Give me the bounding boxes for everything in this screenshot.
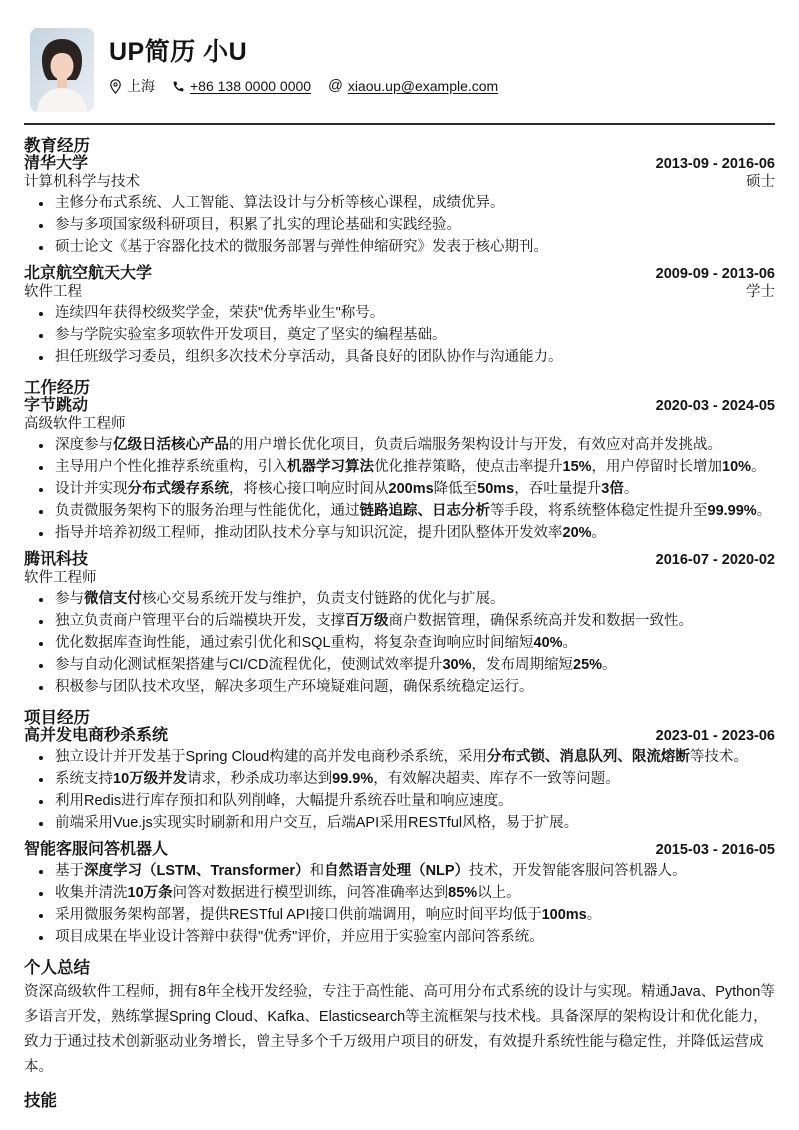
summary-paragraph: 资深高级软件工程师，拥有8年全栈开发经验，专注于高性能、高可用分布式系统的设计与… — [24, 980, 775, 1080]
bullet-item: 主导用户个性化推荐系统重构，引入机器学习算法优化推荐策略，使点击率提升15%，用… — [24, 458, 775, 477]
entry-date: 2013-09 - 2016-06 — [656, 155, 775, 173]
bullet-text-bold: 200ms — [389, 481, 434, 497]
bullet-item: 独立负责商户管理平台的后端模块开发，支撑百万级商户数据管理，确保系统高并发和数据… — [24, 612, 775, 631]
bullet-text: 等技术。 — [690, 749, 748, 765]
entry-org: 高并发电商秒杀系统 — [24, 727, 168, 745]
at-icon: @ — [328, 79, 343, 93]
bullet-item: 项目成果在毕业设计答辩中获得"优秀"评价，并应用于实验室内部问答系统。 — [24, 928, 775, 947]
bullet-text: 。 — [602, 657, 617, 673]
resume-header: UP简历 小U 上海+86 138 0000 0000@xiaou.up@exa… — [24, 28, 775, 112]
bullet-text: 以上。 — [477, 885, 521, 901]
bullet-text-bold: 亿级日活核心产品 — [113, 437, 229, 453]
bullet-text: 降低至 — [434, 481, 478, 497]
bullet-text: 等手段，将系统整体稳定性提升至 — [490, 503, 708, 519]
section-summary: 个人总结资深高级软件工程师，拥有8年全栈开发经验，专注于高性能、高可用分布式系统… — [24, 959, 775, 1080]
section-title-work: 工作经历 — [24, 379, 775, 397]
section-work: 工作经历字节跳动2020-03 - 2024-05高级软件工程师深度参与亿级日活… — [24, 379, 775, 697]
bullet-text-bold: 100ms — [542, 907, 587, 923]
bullet-text: 指导并培养初级工程师，推动团队技术分享与知识沉淀，提升团队整体开发效率 — [55, 525, 563, 541]
resume-page: { "colors": { "background": "#ffffff", "… — [0, 0, 799, 1130]
bullet-item: 负责微服务架构下的服务治理与性能优化，通过链路追踪、日志分析等手段，将系统整体稳… — [24, 502, 775, 521]
bullet-text: 积极参与团队技术攻坚，解决多项生产环境疑难问题，确保系统稳定运行。 — [55, 679, 534, 695]
section-education: 教育经历清华大学2013-09 - 2016-06计算机科学与技术硕士主修分布式… — [24, 137, 775, 367]
bullet-text: 深度参与 — [55, 437, 113, 453]
bullet-text: 担任班级学习委员，组织多次技术分享活动，具备良好的团队协作与沟通能力。 — [55, 349, 563, 365]
entry-subhead: 计算机科学与技术硕士 — [24, 173, 775, 191]
bullet-text: 采用微服务架构部署，提供RESTful API接口供前端调用，响应时间平均低于 — [55, 907, 542, 923]
bullet-item: 主修分布式系统、人工智能、算法设计与分析等核心课程，成绩优异。 — [24, 194, 775, 213]
bullet-text: 项目成果在毕业设计答辩中获得"优秀"评价，并应用于实验室内部问答系统。 — [55, 929, 544, 945]
bullet-list: 独立设计并开发基于Spring Cloud构建的高并发电商秒杀系统，采用分布式锁… — [24, 748, 775, 833]
bullet-item: 利用Redis进行库存预扣和队列削峰，大幅提升系统吞吐量和响应速度。 — [24, 792, 775, 811]
bullet-item: 担任班级学习委员，组织多次技术分享活动，具备良好的团队协作与沟通能力。 — [24, 348, 775, 367]
bullet-item: 基于深度学习（LSTM、Transformer）和自然语言处理（NLP）技术，开… — [24, 862, 775, 881]
bullet-item: 参与自动化测试框架搭建与CI/CD流程优化，使测试效率提升30%，发布周期缩短2… — [24, 656, 775, 675]
bullet-list: 基于深度学习（LSTM、Transformer）和自然语言处理（NLP）技术，开… — [24, 862, 775, 947]
bullet-text: 独立设计并开发基于Spring Cloud构建的高并发电商秒杀系统，采用 — [55, 749, 487, 765]
entry-head: 北京航空航天大学2009-09 - 2013-06 — [24, 265, 775, 283]
bullet-item: 指导并培养初级工程师，推动团队技术分享与知识沉淀，提升团队整体开发效率20%。 — [24, 524, 775, 543]
entry-date: 2009-09 - 2013-06 — [656, 265, 775, 283]
bullet-text: 的用户增长优化项目，负责后端服务架构设计与开发，有效应对高并发挑战。 — [229, 437, 722, 453]
bullet-text: 参与 — [55, 591, 84, 607]
bullet-text: 。 — [757, 503, 772, 519]
location-pin-icon — [109, 79, 122, 94]
bullet-text-bold: 20% — [563, 525, 592, 541]
bullet-text-bold: 99.9% — [332, 771, 373, 787]
bullet-text-bold: 自然语言处理（NLP） — [324, 863, 469, 879]
person-name: UP简历 小U — [109, 37, 498, 68]
bullet-text: 主导用户个性化推荐系统重构，引入 — [55, 459, 287, 475]
header-info: UP简历 小U 上海+86 138 0000 0000@xiaou.up@exa… — [109, 28, 498, 96]
bullet-text: 前端采用Vue.js实现实时刷新和用户交互，后端API采用RESTful风格，易… — [55, 815, 578, 831]
bullet-text-bold: 百万级 — [345, 613, 389, 629]
bullet-text: ，用户停留时长增加 — [592, 459, 723, 475]
bullet-text-bold: 15% — [563, 459, 592, 475]
bullet-text: 基于 — [55, 863, 84, 879]
bullet-item: 采用微服务架构部署，提供RESTful API接口供前端调用，响应时间平均低于1… — [24, 906, 775, 925]
entry-subhead: 高级软件工程师 — [24, 415, 775, 433]
bullet-item: 独立设计并开发基于Spring Cloud构建的高并发电商秒杀系统，采用分布式锁… — [24, 748, 775, 767]
bullet-text: 参与自动化测试框架搭建与CI/CD流程优化，使测试效率提升 — [55, 657, 442, 673]
bullet-list: 连续四年获得校级奖学金，荣获"优秀毕业生"称号。参与学院实验室多项软件开发项目，… — [24, 304, 775, 367]
resume-document: UP简历 小U 上海+86 138 0000 0000@xiaou.up@exa… — [0, 0, 799, 1110]
bullet-text: 利用Redis进行库存预扣和队列削峰，大幅提升系统吞吐量和响应速度。 — [55, 793, 513, 809]
bullet-text: ，有效解决超卖、库存不一致等问题。 — [373, 771, 620, 787]
bullet-text-bold: 25% — [573, 657, 602, 673]
bullet-item: 积极参与团队技术攻坚，解决多项生产环境疑难问题，确保系统稳定运行。 — [24, 678, 775, 697]
bullet-list: 主修分布式系统、人工智能、算法设计与分析等核心课程，成绩优异。参与多项国家级科研… — [24, 194, 775, 257]
bullet-text: ，将核心接口响应时间从 — [229, 481, 389, 497]
bullet-text-bold: 85% — [448, 885, 477, 901]
bullet-item: 硕士论文《基于容器化技术的微服务部署与弹性伸缩研究》发表于核心期刊。 — [24, 238, 775, 257]
profile-photo — [30, 28, 94, 112]
bullet-text: 优化数据库查询性能，通过索引优化和SQL重构，将复杂查询响应时间缩短 — [55, 635, 534, 651]
entry-org: 智能客服问答机器人 — [24, 841, 168, 859]
contact-location-text: 上海 — [127, 76, 155, 96]
bullet-item: 设计并实现分布式缓存系统，将核心接口响应时间从200ms降低至50ms，吞吐量提… — [24, 480, 775, 499]
resume-entry: 北京航空航天大学2009-09 - 2013-06软件工程学士连续四年获得校级奖… — [24, 265, 775, 367]
bullet-item: 参与多项国家级科研项目，积累了扎实的理论基础和实践经验。 — [24, 216, 775, 235]
bullet-item: 系统支持10万级并发请求，秒杀成功率达到99.9%，有效解决超卖、库存不一致等问… — [24, 770, 775, 789]
bullet-text: 。 — [624, 481, 639, 497]
section-projects: 项目经历高并发电商秒杀系统2023-01 - 2023-06独立设计并开发基于S… — [24, 709, 775, 947]
bullet-text-bold: 99.99% — [708, 503, 757, 519]
bullet-text: 系统支持 — [55, 771, 113, 787]
bullet-item: 前端采用Vue.js实现实时刷新和用户交互，后端API采用RESTful风格，易… — [24, 814, 775, 833]
entry-head: 腾讯科技2016-07 - 2020-02 — [24, 551, 775, 569]
resume-entry: 字节跳动2020-03 - 2024-05高级软件工程师深度参与亿级日活核心产品… — [24, 397, 775, 543]
bullet-text: 技术，开发智能客服问答机器人。 — [469, 863, 687, 879]
bullet-item: 连续四年获得校级奖学金，荣获"优秀毕业生"称号。 — [24, 304, 775, 323]
section-title-skills: 技能 — [24, 1092, 775, 1110]
bullet-text: 连续四年获得校级奖学金，荣获"优秀毕业生"称号。 — [55, 305, 384, 321]
bullet-text-bold: 3倍 — [601, 481, 624, 497]
bullet-text-bold: 分布式锁、消息队列、限流熔断 — [487, 749, 690, 765]
entry-head: 高并发电商秒杀系统2023-01 - 2023-06 — [24, 727, 775, 745]
resume-sections: 教育经历清华大学2013-09 - 2016-06计算机科学与技术硕士主修分布式… — [24, 137, 775, 1110]
resume-entry: 腾讯科技2016-07 - 2020-02软件工程师参与微信支付核心交易系统开发… — [24, 551, 775, 697]
bullet-text-bold: 链路追踪、日志分析 — [360, 503, 491, 519]
entry-role: 计算机科学与技术 — [24, 173, 140, 191]
entry-subhead: 软件工程学士 — [24, 283, 775, 301]
bullet-text: 优化推荐策略，使点击率提升 — [374, 459, 563, 475]
section-title-education: 教育经历 — [24, 137, 775, 155]
bullet-text-bold: 30% — [442, 657, 471, 673]
entry-role: 软件工程 — [24, 283, 82, 301]
entry-org: 字节跳动 — [24, 397, 88, 415]
entry-org: 腾讯科技 — [24, 551, 88, 569]
contact-phone-text[interactable]: +86 138 0000 0000 — [190, 78, 311, 94]
contact-location: 上海 — [109, 76, 155, 96]
entry-subhead: 软件工程师 — [24, 569, 775, 587]
entry-role: 高级软件工程师 — [24, 415, 126, 433]
bullet-text: 硕士论文《基于容器化技术的微服务部署与弹性伸缩研究》发表于核心期刊。 — [55, 239, 548, 255]
contact-email-text[interactable]: xiaou.up@example.com — [348, 78, 498, 94]
entry-date: 2020-03 - 2024-05 — [656, 397, 775, 415]
bullet-text: 。 — [563, 635, 578, 651]
entry-head: 字节跳动2020-03 - 2024-05 — [24, 397, 775, 415]
bullet-list: 深度参与亿级日活核心产品的用户增长优化项目，负责后端服务架构设计与开发，有效应对… — [24, 436, 775, 543]
bullet-item: 参与微信支付核心交易系统开发与维护，负责支付链路的优化与扩展。 — [24, 590, 775, 609]
entry-org: 清华大学 — [24, 155, 88, 173]
bullet-text: 和 — [310, 863, 325, 879]
entry-org: 北京航空航天大学 — [24, 265, 152, 283]
resume-entry: 高并发电商秒杀系统2023-01 - 2023-06独立设计并开发基于Sprin… — [24, 727, 775, 833]
entry-head: 清华大学2013-09 - 2016-06 — [24, 155, 775, 173]
entry-date: 2016-07 - 2020-02 — [656, 551, 775, 569]
bullet-text-bold: 微信支付 — [84, 591, 142, 607]
header-divider — [24, 123, 775, 125]
bullet-text: 商户数据管理，确保系统高并发和数据一致性。 — [389, 613, 694, 629]
bullet-text-bold: 10万条 — [128, 885, 173, 901]
entry-date: 2015-03 - 2016-05 — [656, 841, 775, 859]
bullet-list: 参与微信支付核心交易系统开发与维护，负责支付链路的优化与扩展。独立负责商户管理平… — [24, 590, 775, 697]
section-skills: 技能 — [24, 1092, 775, 1110]
bullet-text-bold: 分布式缓存系统 — [128, 481, 230, 497]
bullet-text: 。 — [592, 525, 607, 541]
phone-icon — [172, 80, 185, 93]
entry-date: 2023-01 - 2023-06 — [656, 727, 775, 745]
bullet-text: 独立负责商户管理平台的后端模块开发，支撑 — [55, 613, 345, 629]
bullet-item: 参与学院实验室多项软件开发项目，奠定了坚实的编程基础。 — [24, 326, 775, 345]
bullet-text: 问答对数据进行模型训练，问答准确率达到 — [173, 885, 449, 901]
bullet-text: ，发布周期缩短 — [472, 657, 574, 673]
bullet-text: 主修分布式系统、人工智能、算法设计与分析等核心课程，成绩优异。 — [55, 195, 505, 211]
bullet-text: ，吞吐量提升 — [514, 481, 601, 497]
bullet-text: 。 — [587, 907, 602, 923]
section-title-projects: 项目经历 — [24, 709, 775, 727]
contact-row: 上海+86 138 0000 0000@xiaou.up@example.com — [109, 76, 498, 96]
bullet-text-bold: 40% — [534, 635, 563, 651]
bullet-text: 请求，秒杀成功率达到 — [187, 771, 332, 787]
resume-entry: 清华大学2013-09 - 2016-06计算机科学与技术硕士主修分布式系统、人… — [24, 155, 775, 257]
bullet-text-bold: 10万级并发 — [113, 771, 187, 787]
bullet-item: 深度参与亿级日活核心产品的用户增长优化项目，负责后端服务架构设计与开发，有效应对… — [24, 436, 775, 455]
resume-entry: 智能客服问答机器人2015-03 - 2016-05基于深度学习（LSTM、Tr… — [24, 841, 775, 947]
entry-degree: 学士 — [746, 283, 775, 301]
bullet-text-bold: 50ms — [477, 481, 514, 497]
bullet-text: 参与多项国家级科研项目，积累了扎实的理论基础和实践经验。 — [55, 217, 461, 233]
bullet-item: 收集并清洗10万条问答对数据进行模型训练，问答准确率达到85%以上。 — [24, 884, 775, 903]
bullet-text-bold: 深度学习（LSTM、Transformer） — [84, 863, 310, 879]
entry-degree: 硕士 — [746, 173, 775, 191]
bullet-text: 。 — [751, 459, 766, 475]
entry-head: 智能客服问答机器人2015-03 - 2016-05 — [24, 841, 775, 859]
bullet-text: 负责微服务架构下的服务治理与性能优化，通过 — [55, 503, 360, 519]
entry-role: 软件工程师 — [24, 569, 97, 587]
bullet-text: 核心交易系统开发与维护，负责支付链路的优化与扩展。 — [142, 591, 505, 607]
bullet-item: 优化数据库查询性能，通过索引优化和SQL重构，将复杂查询响应时间缩短40%。 — [24, 634, 775, 653]
bullet-text: 设计并实现 — [55, 481, 128, 497]
bullet-text-bold: 机器学习算法 — [287, 459, 374, 475]
contact-email: @xiaou.up@example.com — [328, 78, 498, 94]
contact-phone: +86 138 0000 0000 — [172, 78, 311, 94]
bullet-text: 参与学院实验室多项软件开发项目，奠定了坚实的编程基础。 — [55, 327, 447, 343]
bullet-text-bold: 10% — [722, 459, 751, 475]
section-title-summary: 个人总结 — [24, 959, 775, 977]
bullet-text: 收集并清洗 — [55, 885, 128, 901]
